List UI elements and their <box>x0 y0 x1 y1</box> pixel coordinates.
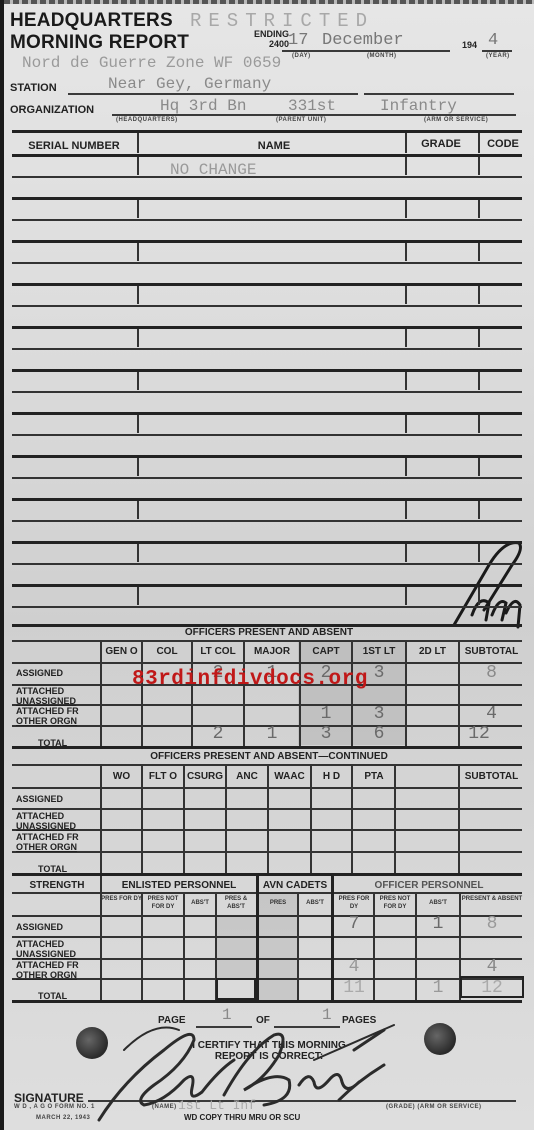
col-2d-lt: 2D LT <box>406 646 459 657</box>
roster-column-divider <box>405 329 407 347</box>
roster-rule <box>12 305 522 307</box>
roster-top-rule <box>12 130 522 133</box>
hq-caption: (HEADQUARTERS) <box>116 117 178 123</box>
roster-column-divider <box>478 372 480 390</box>
col-h-d: H D <box>311 771 352 782</box>
roster-rule <box>12 197 522 200</box>
total-lt-col: 2 <box>192 724 244 744</box>
title-headquarters: HEADQUARTERS <box>10 10 173 32</box>
org-parent-unit: 331st <box>288 97 336 115</box>
col-major: MAJOR <box>244 646 300 657</box>
title-morning-report: MORNING REPORT <box>10 32 189 54</box>
col-subtotal: SUBTOTAL <box>459 646 524 657</box>
cont-vline <box>267 765 269 873</box>
attached-fr-subtotal: 4 <box>459 704 524 724</box>
day-caption: (DAY) <box>292 53 311 59</box>
roster-header-divider <box>405 133 407 153</box>
roster-rule <box>12 219 522 221</box>
officers-row-assigned: ASSIGNED <box>16 668 63 678</box>
col-serial-number: SERIAL NUMBER <box>14 140 134 152</box>
off-assigned-total: 8 <box>460 914 524 934</box>
form-id: W D , A G O FORM NO. 1 <box>14 1104 95 1110</box>
year-caption: (YEAR) <box>486 53 510 59</box>
off-assigned-pres-for-dy: 7 <box>334 914 374 934</box>
station-label: STATION <box>10 82 57 94</box>
col-name: NAME <box>144 140 404 152</box>
officers-bottom-rule <box>12 746 522 749</box>
assigned-subtotal: 8 <box>459 663 524 683</box>
cont-vline <box>225 765 227 873</box>
roster-column-divider <box>405 157 407 175</box>
col-wo: WO <box>101 771 142 782</box>
strength-row-attached-fr-other: ATTACHED FROTHER ORGN <box>16 960 96 980</box>
watermark: 83rdinfdivdocs.org <box>132 668 368 691</box>
cont-vline <box>458 765 460 873</box>
officers-rule-1 <box>12 640 522 642</box>
handwritten-signature <box>84 1010 404 1130</box>
col-1st-lt: 1ST LT <box>352 646 406 657</box>
col-csurg: CSURG <box>184 771 226 782</box>
total-major: 1 <box>244 724 300 744</box>
strength-vline <box>297 893 299 1000</box>
roster-column-divider <box>405 372 407 390</box>
officers-table-title: OFFICERS PRESENT AND ABSENT <box>4 627 534 638</box>
signature-label: SIGNATURE <box>14 1091 84 1105</box>
roster-rule <box>12 412 522 415</box>
station-underline <box>68 93 358 95</box>
roster-column-divider <box>137 329 139 347</box>
strength-row-total: TOTAL <box>38 991 67 1001</box>
enlisted-shading <box>216 916 256 978</box>
roster-rule <box>12 391 522 393</box>
strength-row-assigned: ASSIGNED <box>16 922 63 932</box>
roster-column-divider <box>478 200 480 218</box>
col-col: COL <box>142 646 192 657</box>
top-border <box>4 0 534 4</box>
off-abst: ABS'T <box>416 899 460 907</box>
enlisted-total-box <box>216 978 256 1000</box>
roster-rule <box>12 326 522 329</box>
cont-row-assigned: ASSIGNED <box>16 794 63 804</box>
arm-caption: (ARM OR SERVICE) <box>424 117 488 123</box>
roster-rule <box>12 563 522 565</box>
roster-column-divider <box>478 157 480 175</box>
strength-vline <box>141 893 143 1000</box>
roster-column-divider <box>137 458 139 476</box>
strength-bottom-rule <box>12 1000 522 1003</box>
roster-column-divider <box>478 587 480 605</box>
strength-vline-thick <box>256 876 259 1000</box>
roster-rule <box>12 154 522 157</box>
roster-column-divider <box>405 544 407 562</box>
roster-column-divider <box>137 587 139 605</box>
off-total-pres-for-dy: 11 <box>334 978 374 998</box>
cont-row-attached-fr-other: ATTACHED FROTHER ORGN <box>16 832 96 852</box>
cont-vline <box>394 765 396 873</box>
total-subtotal: 12 <box>459 724 499 744</box>
officer-personnel-label: OFFICER PERSONNEL <box>334 880 524 891</box>
roster-column-divider <box>137 544 139 562</box>
roster-column-divider <box>405 286 407 304</box>
off-present-and-absent: PRESENT & ABSENT <box>460 895 524 903</box>
cont-bottom-rule <box>12 873 522 876</box>
location-note: Nord de Guerre Zone WF 0659 <box>22 54 281 72</box>
date-underline <box>282 50 450 52</box>
month-caption: (MONTH) <box>367 53 397 59</box>
attached-fr-capt: 1 <box>300 704 352 724</box>
roster-column-divider <box>405 501 407 519</box>
morning-report-page: HEADQUARTERS RESTRICTED MORNING REPORT E… <box>0 0 534 1130</box>
cont-vline <box>183 765 185 873</box>
officers-row-attached-fr-other: ATTACHED FROTHER ORGN <box>16 706 96 726</box>
off-assigned-abst: 1 <box>416 914 460 934</box>
strength-row-attached-unassigned: ATTACHEDUNASSIGNED <box>16 939 86 959</box>
roster-column-divider <box>405 200 407 218</box>
roster-column-divider <box>478 458 480 476</box>
enl-abst: ABS'T <box>184 899 216 907</box>
roster-rule <box>12 369 522 372</box>
cadets-shading <box>258 893 298 1000</box>
roster-rule <box>12 520 522 522</box>
roster-rule <box>12 477 522 479</box>
off-pres-not-for-dy: PRES NOT FOR DY <box>374 895 416 911</box>
roster-rule <box>12 240 522 243</box>
officers-vline <box>141 641 143 746</box>
cadet-abst: ABS'T <box>298 899 332 907</box>
roster-rule <box>12 541 522 544</box>
year-underline <box>482 50 512 52</box>
roster-column-divider <box>405 587 407 605</box>
station-value: Near Gey, Germany <box>108 75 271 93</box>
roster-column-divider <box>137 415 139 433</box>
cont-row-total: TOTAL <box>38 864 67 874</box>
off-attached-fr-pres-for-dy: 4 <box>334 957 374 977</box>
officers-row-total: TOTAL <box>38 738 67 748</box>
col-capt: CAPT <box>300 646 352 657</box>
roster-header-divider <box>478 133 480 153</box>
ending-label: ENDING 2400 <box>254 29 289 49</box>
officers-row-attached-unassigned: ATTACHEDUNASSIGNED <box>16 686 86 706</box>
roster-rule <box>12 584 522 587</box>
ending-text: ENDING <box>254 29 289 39</box>
col-anc: ANC <box>226 771 268 782</box>
roster-column-divider <box>478 501 480 519</box>
roster-column-divider <box>405 243 407 261</box>
off-pres-for-dy: PRES FOR DY <box>334 895 374 911</box>
roster-column-divider <box>478 415 480 433</box>
roster-rule <box>12 606 522 608</box>
enl-pres-and-abst: PRES & ABS'T <box>216 895 256 911</box>
attached-fr-1st-lt: 3 <box>352 704 406 724</box>
roster-column-divider <box>405 415 407 433</box>
col-grade: GRADE <box>406 138 476 150</box>
roster-rule <box>12 283 522 286</box>
roster-rule <box>12 455 522 458</box>
roster-column-divider <box>478 544 480 562</box>
off-total-abst: 1 <box>416 978 460 998</box>
col-lt-col: LT COL <box>192 646 244 657</box>
roster-column-divider <box>137 243 139 261</box>
roster-rule <box>12 348 522 350</box>
roster-rule <box>12 498 522 501</box>
roster-rule <box>12 434 522 436</box>
cont-vline <box>100 765 102 873</box>
roster-column-divider <box>478 329 480 347</box>
strength-vline <box>100 876 102 1000</box>
initials-mark <box>444 535 534 630</box>
report-year: 4 <box>488 31 498 50</box>
roster-column-divider <box>137 286 139 304</box>
enlisted-personnel-label: ENLISTED PERSONNEL <box>101 880 257 891</box>
roster-column-divider <box>478 243 480 261</box>
roster-column-divider <box>405 458 407 476</box>
col-code: CODE <box>480 138 526 150</box>
col-waac: WAAC <box>268 771 311 782</box>
report-day: 17 <box>288 31 308 50</box>
strength-vline <box>183 893 185 1000</box>
org-headquarters: Hq 3rd Bn <box>160 97 246 115</box>
enl-pres-not-for-dy: PRES NOT FOR DY <box>142 895 184 911</box>
roster-column-divider <box>478 286 480 304</box>
roster-column-divider <box>137 200 139 218</box>
roster-column-divider <box>137 501 139 519</box>
cont-vline <box>351 765 353 873</box>
ending-time: 2400 <box>254 39 289 49</box>
station-underline-2 <box>364 93 514 95</box>
col-pta: PTA <box>352 771 396 782</box>
roster-column-divider <box>137 372 139 390</box>
cont-vline <box>310 765 312 873</box>
strength-label: STRENGTH <box>14 880 100 891</box>
parent-caption: (PARENT UNIT) <box>276 117 326 123</box>
col-subtotal-cont: SUBTOTAL <box>459 771 524 782</box>
year-prefix: 194 <box>462 40 477 50</box>
col-gen-o: GEN O <box>101 646 142 657</box>
organization-label: ORGANIZATION <box>10 104 94 116</box>
roster-column-divider <box>137 157 139 175</box>
off-attached-fr-total: 4 <box>460 957 524 977</box>
cont-vline <box>141 765 143 873</box>
cont-row-attached-unassigned: ATTACHEDUNASSIGNED <box>16 811 86 831</box>
avn-cadets-label: AVN CADETS <box>258 880 332 891</box>
report-month: December <box>322 31 404 50</box>
enl-pres-for-dy: PRES FOR DY <box>101 895 142 903</box>
officers-continued-title: OFFICERS PRESENT AND ABSENT—CONTINUED <box>4 751 534 762</box>
officers-vline <box>100 641 102 746</box>
roster-header-divider <box>137 133 139 153</box>
total-capt: 3 <box>300 724 352 744</box>
total-1st-lt: 6 <box>352 724 406 744</box>
col-flt-o: FLT O <box>142 771 184 782</box>
roster-rule <box>12 262 522 264</box>
roster-rule <box>12 176 522 178</box>
off-total-present-absent: 12 <box>460 978 524 998</box>
form-date: MARCH 22, 1943 <box>36 1115 90 1121</box>
org-arm-service: Infantry <box>380 97 457 115</box>
